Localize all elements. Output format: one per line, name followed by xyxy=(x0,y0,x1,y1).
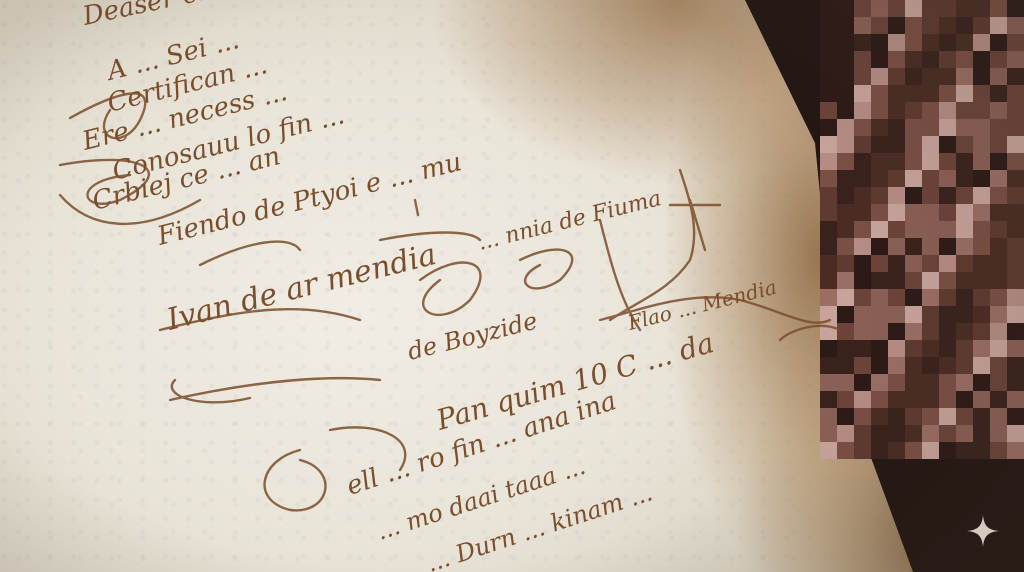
svg-text:Deaser en: Deaser en xyxy=(79,0,217,32)
sparkle-icon xyxy=(965,513,1001,549)
handwriting: Deaser en A ... Sei ... Certifican ... E… xyxy=(0,0,1024,572)
svg-text:de Boyzide: de Boyzide xyxy=(405,307,541,366)
manuscript-photo: Deaser en A ... Sei ... Certifican ... E… xyxy=(0,0,1024,572)
svg-text:Ivan de ar mendia: Ivan de ar mendia xyxy=(162,237,439,338)
svg-text:... nnia de Fiuma: ... nnia de Fiuma xyxy=(475,186,663,256)
